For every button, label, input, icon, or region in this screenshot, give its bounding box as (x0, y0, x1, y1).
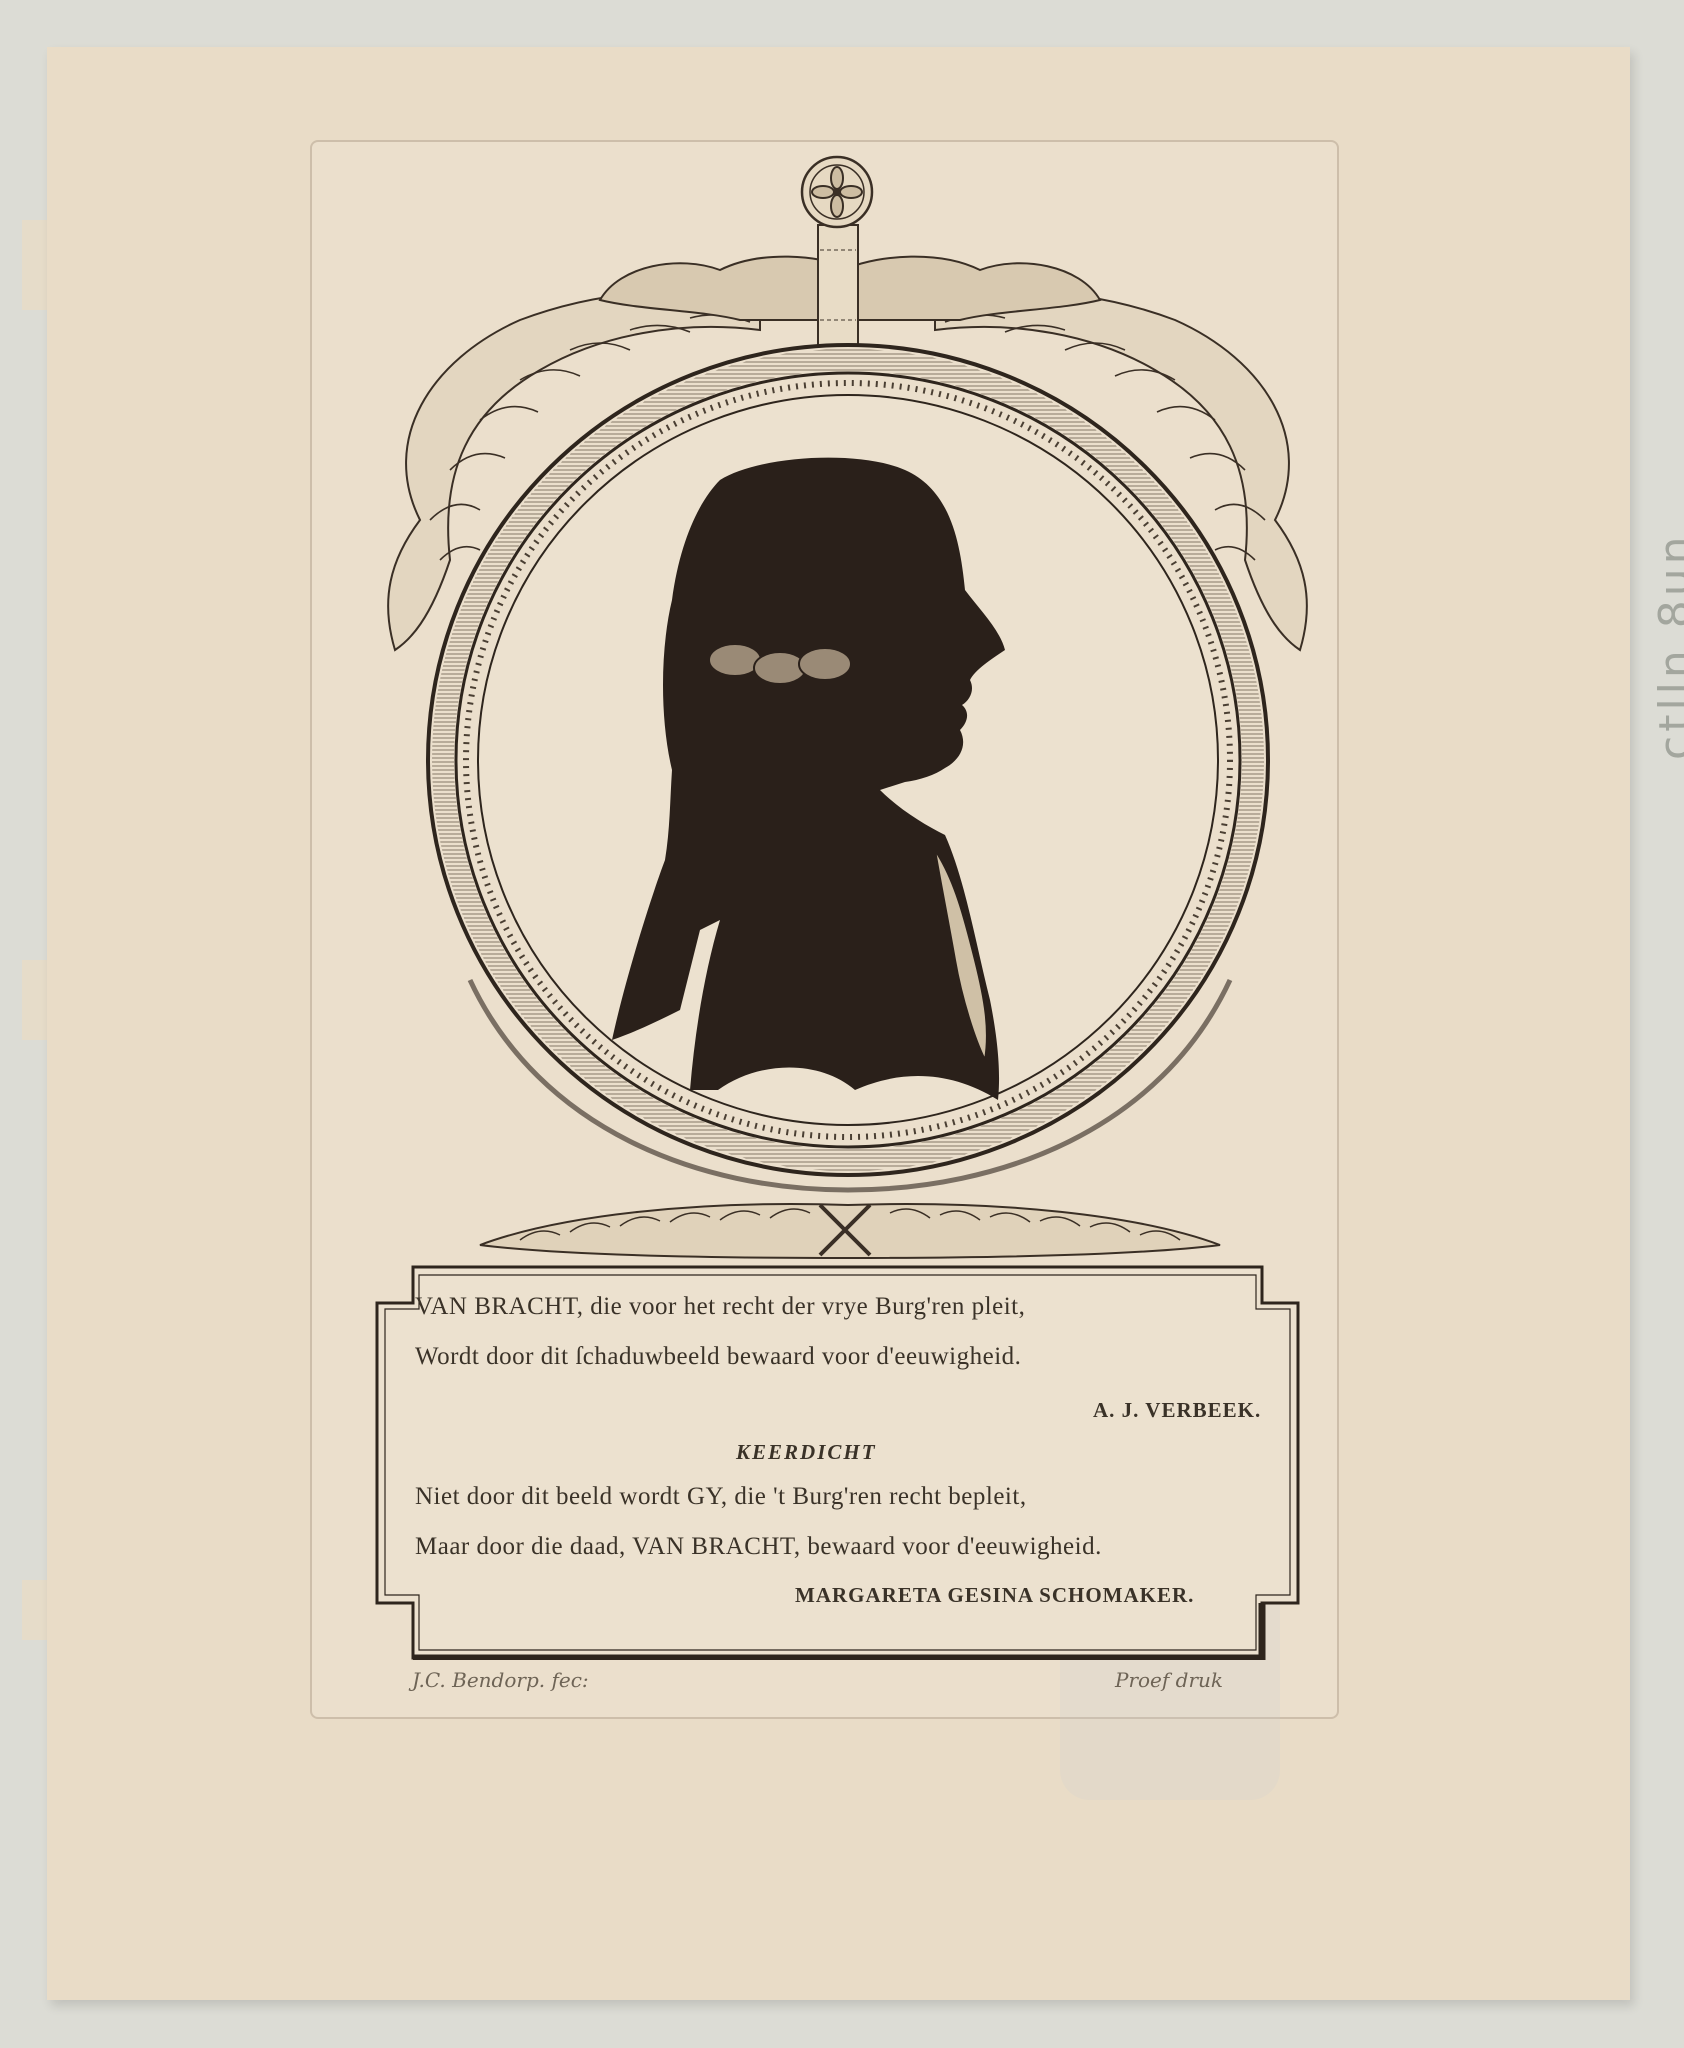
poem2-title: KEERDICHT (736, 1440, 877, 1465)
poem2-line1: Niet door dit beeld wordt GY, die 't Bur… (415, 1483, 1027, 1511)
poem1-author: A. J. VERBEEK. (1093, 1398, 1261, 1423)
poem1-line2: Wordt door dit ſchaduwbeeld bewaard voor… (415, 1343, 1021, 1371)
proof-mark: Proef druk (1115, 1668, 1223, 1692)
bottom-laurel-icon (480, 1204, 1220, 1258)
inscription-cartouche: VAN BRACHT, die voor het recht der vrye … (375, 1265, 1300, 1660)
poem2-author: MARGARETA GESINA SCHOMAKER. (795, 1583, 1194, 1608)
engraver-signature: J.C. Bendorp. fec: (412, 1668, 589, 1692)
poem1-line1: VAN BRACHT, die voor het recht der vrye … (415, 1293, 1025, 1321)
pencil-annotation: ctlln 8un (1650, 532, 1684, 760)
poem2-line2: Maar door die daad, VAN BRACHT, bewaard … (415, 1533, 1102, 1561)
medallion-illustration (0, 0, 1684, 2048)
